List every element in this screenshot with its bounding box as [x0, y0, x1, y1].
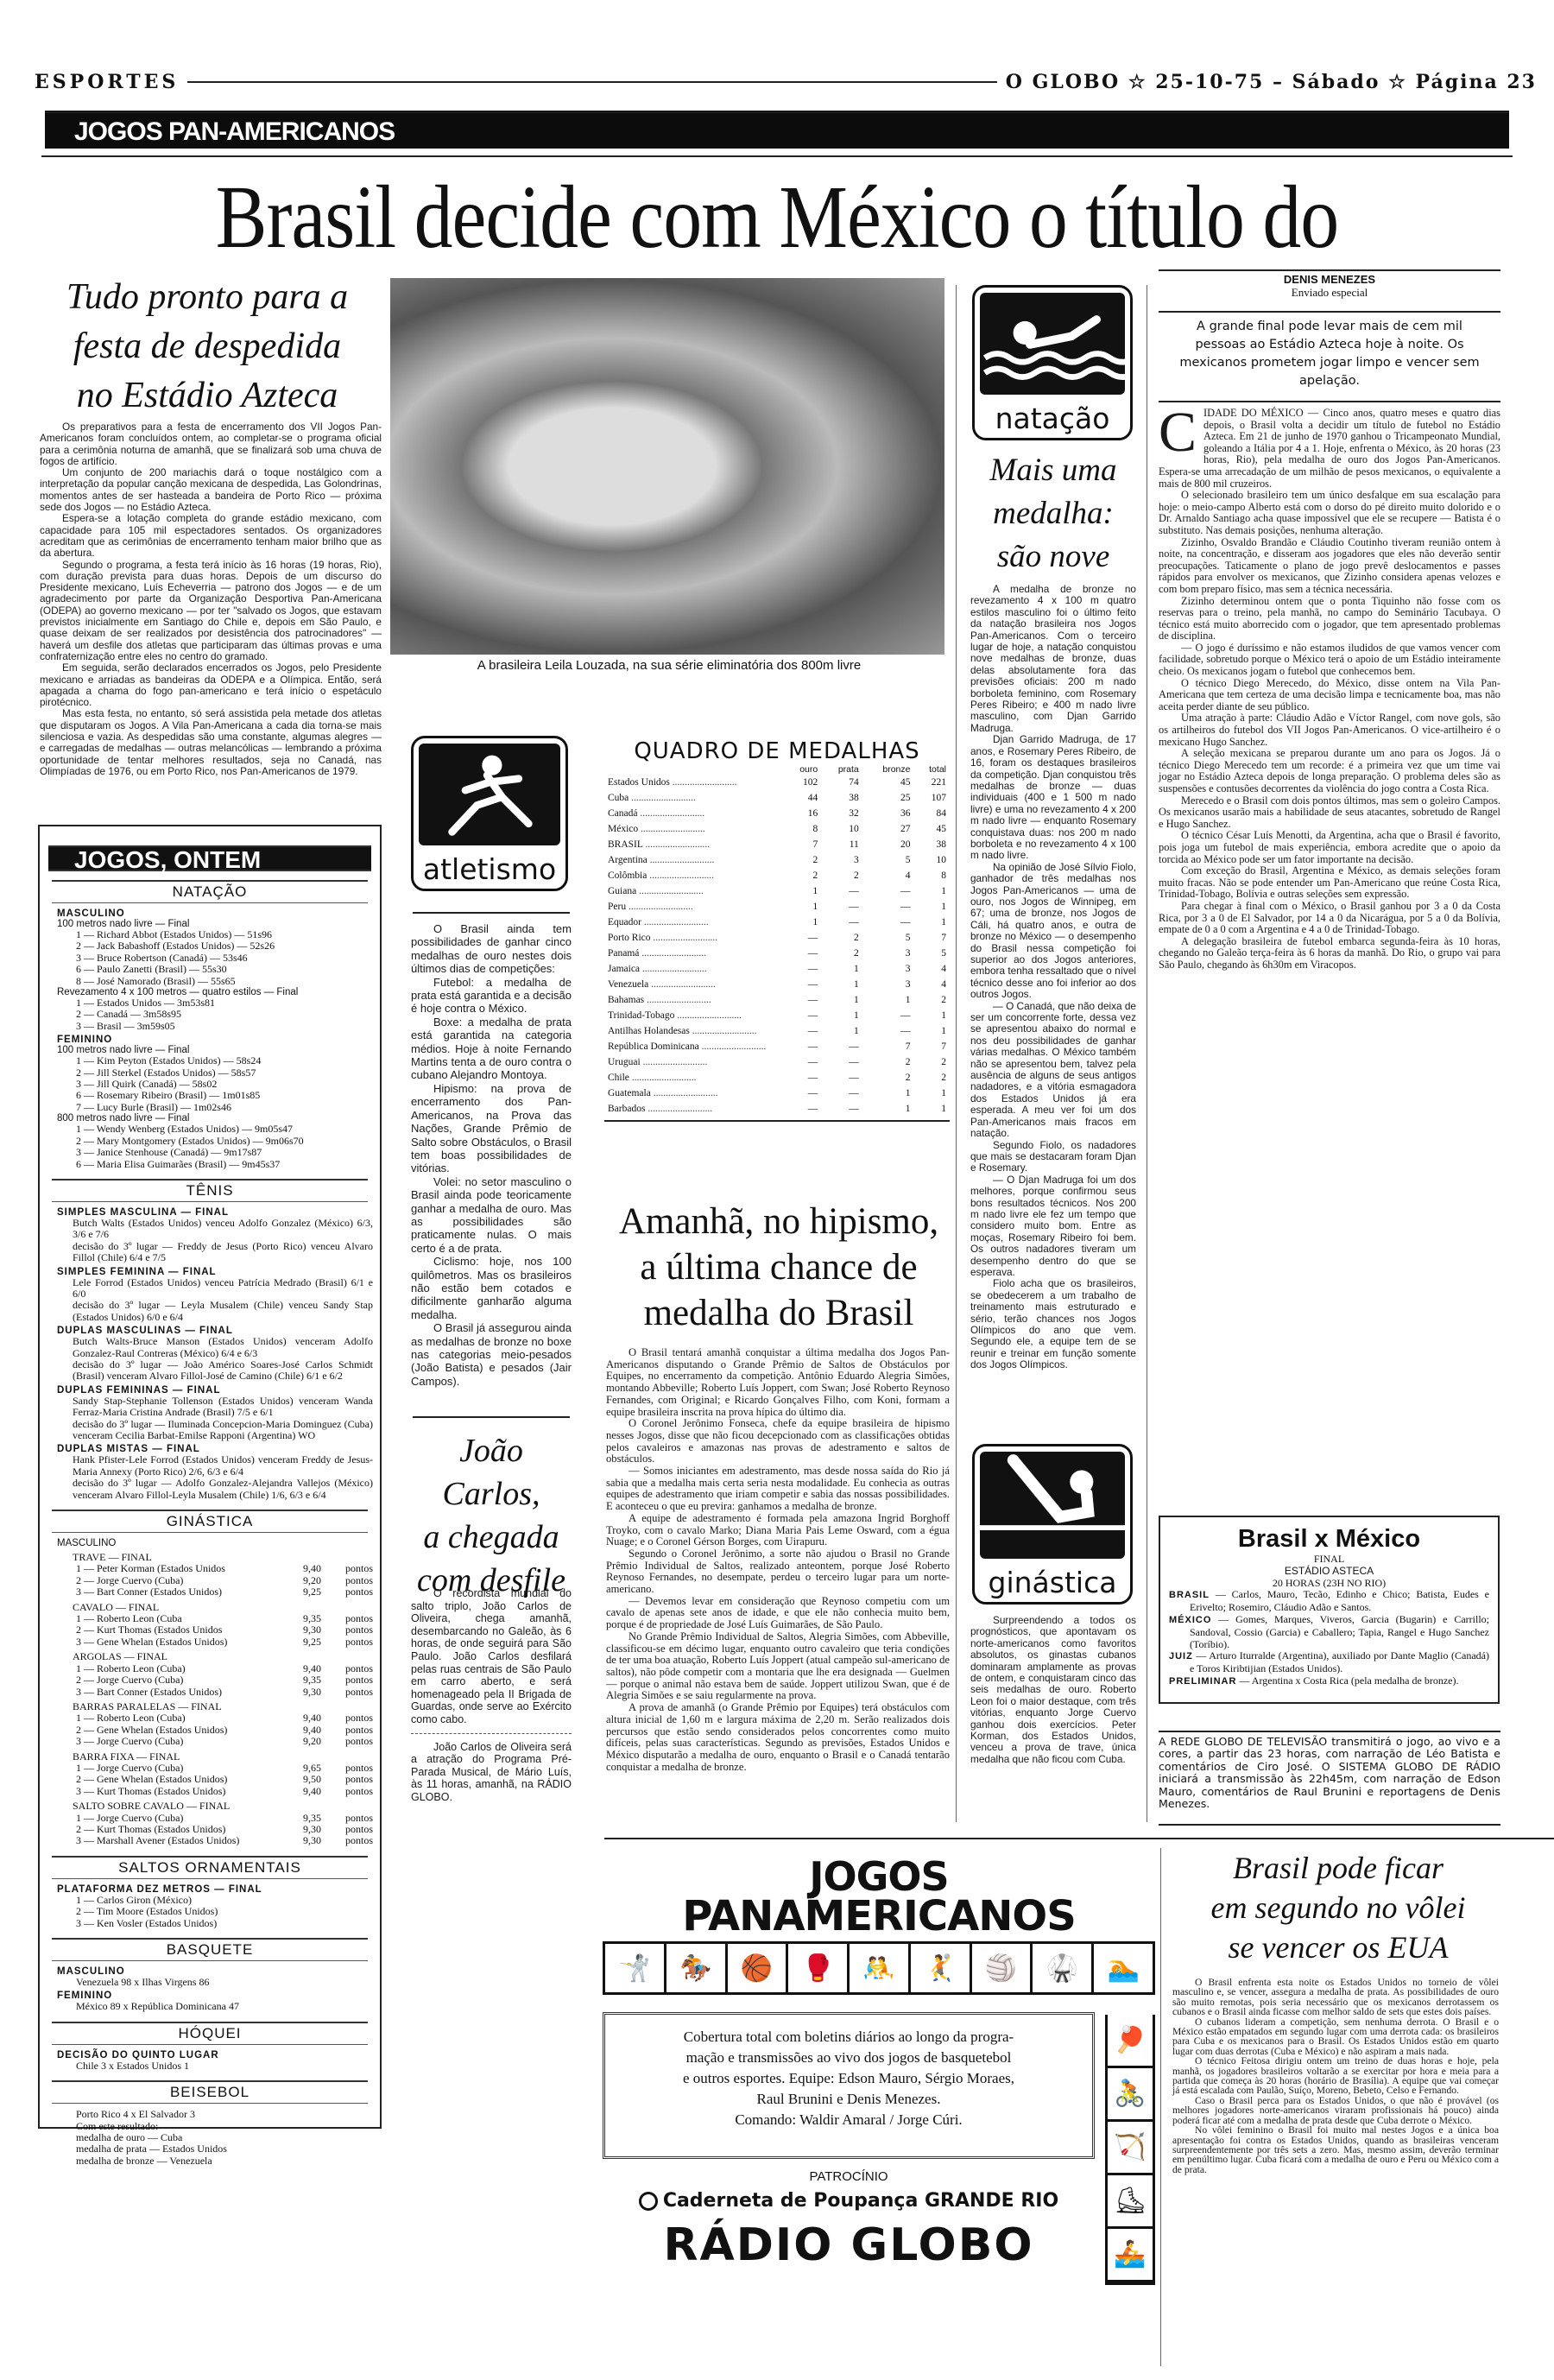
article-paragraph: Segundo o Coronel Jerônimo, a sorte não …: [606, 1548, 950, 1596]
result-row: 2 — Tim Moore (Estados Unidos): [47, 1906, 373, 1917]
section-label: ESPORTES: [35, 71, 179, 93]
medal-row: Peru1——1: [604, 899, 950, 915]
lineup-text: — Arturo Iturralde (Argentina), auxiliad…: [1190, 1649, 1489, 1674]
atletismo-pictogram: atletismo: [411, 736, 568, 891]
result-row: 2 — Jill Sterkel (Estados Unidos) — 58s5…: [47, 1067, 373, 1079]
medal-count: —: [784, 1070, 821, 1086]
article-paragraph: Com exceção do Brasil, Argentina e Méxic…: [1159, 865, 1500, 901]
score: 9,40: [273, 1663, 321, 1674]
score-unit: pontos: [321, 1736, 373, 1747]
result-row: 2 — Mary Montgomery (Estados Unidos) — 9…: [47, 1136, 373, 1147]
category-label: SIMPLES FEMININA — FINAL: [47, 1267, 373, 1277]
medal-count: 11: [821, 837, 862, 852]
volei-headline: Brasil pode ficar em segundo no vôlei se…: [1167, 1848, 1509, 1967]
result-row: Hank Pfister-Lele Forrod (Estados Unidos…: [47, 1454, 373, 1478]
score-unit: pontos: [321, 1774, 373, 1785]
article-paragraph: Fiolo acha que os brasileiros, se obedec…: [970, 1278, 1136, 1370]
ad-body-line: Cobertura total com boletins diários ao …: [614, 2027, 1083, 2048]
result-row: 2 — Canadá — 3m58s95: [47, 1009, 373, 1020]
medal-count: —: [862, 899, 914, 915]
radio-globo-ad: JOGOS PANAMERICANOS 🤺 🏇 🏀 🥊 🤼 🤾 🏐 🥋 🏊 🏓 …: [603, 1857, 1155, 2368]
table-tennis-icon: 🏓: [1108, 2015, 1153, 2068]
ginastica-article: Surpreendendo a todos os prognósticos, q…: [970, 1615, 1136, 1765]
athlete: 3 — Kurt Thomas (Estados Unidos): [76, 1786, 273, 1797]
basketball-icon: 🏀: [728, 1944, 789, 1992]
article-paragraph: — O Canadá, que não deixa de ser um conc…: [970, 1001, 1136, 1140]
medal-count: —: [821, 899, 862, 915]
athlete: 2 — Jorge Cuervo (Cuba): [76, 1575, 273, 1586]
medal-row: Jamaica—134: [604, 961, 950, 977]
medal-row: Antilhas Holandesas—1—1: [604, 1023, 950, 1039]
country-name: Chile: [604, 1070, 784, 1086]
medal-count: 8: [784, 821, 821, 837]
category-label: MASCULINO: [47, 1538, 373, 1548]
score-unit: pontos: [321, 1813, 373, 1824]
medal-count: 102: [784, 775, 821, 790]
country-name: Argentina: [604, 852, 784, 868]
results-banner-label: JOGOS, ONTEM: [48, 846, 261, 873]
lineup-label: BRASIL: [1169, 1590, 1210, 1600]
medal-count: 7: [862, 1039, 914, 1054]
medal-count: 1: [913, 883, 950, 899]
medal-row: México8102745: [604, 821, 950, 837]
sponsor-line: Caderneta de Poupança GRANDE RIO: [603, 2190, 1095, 2212]
result-row: 7 — Lucy Burle (Brasil) — 1m02s46: [47, 1102, 373, 1113]
medal-row: Porto Rico—257: [604, 930, 950, 946]
score: 9,40: [273, 1725, 321, 1736]
category-label: MASCULINO: [47, 908, 373, 919]
medal-row: Estados Unidos1027445221: [604, 775, 950, 790]
cycling-icon: 🚴: [1108, 2068, 1153, 2122]
athlete: 1 — Roberto Leon (Cuba): [76, 1712, 273, 1724]
event-label: TRAVE — FINAL: [47, 1552, 373, 1563]
score-unit: pontos: [321, 1725, 373, 1736]
header-rule: [187, 81, 996, 83]
score: 9,35: [273, 1674, 321, 1686]
medal-count: —: [821, 1054, 862, 1070]
medal-count: 3: [862, 961, 914, 977]
article-paragraph: Uma atração à parte: Cláudio Adão e Víct…: [1159, 712, 1500, 748]
medal-count: 38: [913, 837, 950, 852]
athlete: 1 — Jorge Cuervo (Cuba): [76, 1813, 273, 1824]
result-row: 6 — Maria Elisa Guimarães (Brasil) — 9m4…: [47, 1159, 373, 1170]
ad-body-line: Raul Brunini e Denis Menezes.: [614, 2089, 1083, 2110]
headline-line: são nove: [969, 535, 1138, 579]
preliminary: PRELIMINAR — Argentina x Costa Rica (pel…: [1169, 1675, 1489, 1688]
medal-count: 5: [862, 930, 914, 946]
result-row: 2 — Jorge Cuervo (Cuba)9,35pontos: [47, 1674, 373, 1686]
event-label: BARRA FIXA — FINAL: [47, 1751, 373, 1763]
result-row: 8 — José Namorado (Brasil) — 55s65: [47, 976, 373, 987]
medal-count: 25: [862, 790, 914, 806]
score-unit: pontos: [321, 1663, 373, 1674]
medal-count: 1: [913, 899, 950, 915]
result-row: 3 — Bart Conner (Estados Unidos)9,30pont…: [47, 1687, 373, 1698]
result-row: 2 — Gene Whelan (Estados Unidos)9,40pont…: [47, 1725, 373, 1736]
event-label: ARGOLAS — FINAL: [47, 1651, 373, 1662]
natacao-article: A medalha de bronze no revezamento 4 x 1…: [970, 584, 1136, 1371]
result-row: 3 — Ken Vosler (Estados Unidos): [47, 1918, 373, 1929]
festa-title-line: Tudo pronto para a: [35, 273, 380, 322]
country-name: Estados Unidos: [604, 775, 784, 790]
column-rule: [1160, 1848, 1161, 2366]
result-row: 2 — Kurt Thomas (Estados Unidos)9,30pont…: [47, 1824, 373, 1835]
banner-label: JOGOS PAN-AMERICANOS: [45, 117, 395, 146]
score-unit: pontos: [321, 1586, 373, 1598]
medal-count: 27: [862, 821, 914, 837]
country-name: Venezuela: [604, 977, 784, 992]
lineup-label: JUIZ: [1169, 1651, 1193, 1662]
medal-count: 1: [821, 961, 862, 977]
medal-count: —: [784, 1086, 821, 1101]
event-label: SALTO SOBRE CAVALO — FINAL: [47, 1801, 373, 1812]
article-paragraph: Espera-se a lotação completa do grande e…: [40, 513, 382, 559]
medal-count: 3: [821, 852, 862, 868]
volei-article: O Brasil enfrenta esta noite os Estados …: [1172, 1978, 1499, 2174]
category-label: DUPLAS FEMININAS — FINAL: [47, 1385, 373, 1396]
lineup-label: MÉXICO: [1169, 1615, 1211, 1625]
medal-count: 16: [784, 806, 821, 821]
runner-icon: [419, 744, 560, 845]
medal-count: 2: [913, 1070, 950, 1086]
author-role: Enviado especial: [1159, 286, 1500, 300]
medal-row: Colômbia2248: [604, 868, 950, 883]
ginastica-pictogram: ginástica: [972, 1444, 1133, 1605]
sport-heading: SALTOS ORNAMENTAIS: [52, 1856, 368, 1879]
medal-count: 1: [821, 1023, 862, 1039]
score-unit: pontos: [321, 1786, 373, 1797]
article-paragraph: O Brasil tentará amanhã conquistar a últ…: [606, 1347, 950, 1418]
medal-count: 5: [913, 946, 950, 961]
medal-count: 1: [784, 899, 821, 915]
medal-count: 36: [862, 806, 914, 821]
score-unit: pontos: [321, 1636, 373, 1648]
athlete: 3 — Jorge Cuervo (Cuba): [76, 1736, 273, 1747]
article-paragraph: — Somos iniciantes em adestramento, mas …: [606, 1465, 950, 1513]
festa-article: Os preparativos para a festa de encerram…: [40, 421, 382, 777]
divider: [604, 1120, 950, 1122]
futebol-article: C IDADE DO MÉXICO — Cinco anos, quatro m…: [1159, 408, 1500, 972]
score-unit: pontos: [321, 1624, 373, 1636]
lineup-label: PRELIMINAR: [1169, 1676, 1236, 1687]
country-name: México: [604, 821, 784, 837]
natacao-pictogram: natação: [972, 285, 1133, 440]
divider: [1159, 401, 1500, 402]
ad-body-line: e outros esportes. Equipe: Edson Mauro, …: [614, 2068, 1083, 2089]
country-name: Bahamas: [604, 992, 784, 1008]
category-label: PLATAFORMA DEZ METROS — FINAL: [47, 1884, 373, 1895]
medal-count: 10: [821, 821, 862, 837]
country-name: Trinidad-Tobago: [604, 1008, 784, 1023]
result-row: decisão do 3º lugar — Iluminada Concepci…: [47, 1419, 373, 1442]
medal-row: República Dominicana——77: [604, 1039, 950, 1054]
event-label: BARRAS PARALELAS — FINAL: [47, 1701, 373, 1712]
results-box: JOGOS, ONTEM NATAÇÃO MASCULINO 100 metro…: [38, 825, 382, 2129]
medal-row: Uruguai——22: [604, 1054, 950, 1070]
medal-row: Cuba443825107: [604, 790, 950, 806]
athlete: 1 — Roberto Leon (Cuba): [76, 1663, 273, 1674]
athlete: 3 — Bart Conner (Estados Unidos): [76, 1687, 273, 1698]
article-paragraph: IDADE DO MÉXICO — Cinco anos, quatro mes…: [1159, 408, 1500, 490]
score: 9,40: [273, 1786, 321, 1797]
result-row: México 89 x República Dominicana 47: [47, 2001, 373, 2012]
result-row: 3 — Jorge Cuervo (Cuba)9,20pontos: [47, 1736, 373, 1747]
medal-count: 20: [862, 837, 914, 852]
result-row: 1 — Richard Abbot (Estados Unidos) — 51s…: [47, 929, 373, 940]
medal-count: 38: [821, 790, 862, 806]
column-header: bronze: [862, 764, 914, 775]
score-unit: pontos: [321, 1575, 373, 1586]
medal-row: Guiana1——1: [604, 883, 950, 899]
article-paragraph: Caso o Brasil perca para os Estados Unid…: [1172, 2096, 1499, 2125]
medal-count: 3: [862, 946, 914, 961]
joao-carlos-article: O recordista mundial do salto triplo, Jo…: [411, 1587, 572, 1804]
headline-line: a chegada: [411, 1516, 572, 1559]
result-row: 3 — Bruce Robertson (Canadá) — 53s46: [47, 953, 373, 964]
article-paragraph: O Coronel Jerônimo Fonseca, chefe da equ…: [606, 1418, 950, 1465]
article-paragraph: Na opinião de José Sílvio Fiolo, ganhado…: [970, 862, 1136, 1001]
headline-line: Mais uma: [969, 449, 1138, 492]
headline-line: João Carlos,: [411, 1429, 572, 1516]
country-name: República Dominicana: [604, 1039, 784, 1054]
medal-count: —: [821, 883, 862, 899]
medal-count: —: [862, 915, 914, 930]
result-row: decisão do 3º lugar — João Américo Soare…: [47, 1359, 373, 1383]
country-header: [604, 764, 784, 775]
medal-count: —: [821, 1070, 862, 1086]
article-paragraph: A prova de amanhã (o Grande Prêmio por E…: [606, 1702, 950, 1773]
column-header: prata: [821, 764, 862, 775]
medal-count: 44: [784, 790, 821, 806]
medal-count: —: [784, 961, 821, 977]
score: 9,35: [273, 1613, 321, 1624]
pictogram-column: 🏓 🚴 🏹 ⛸ 🚣: [1105, 2015, 1155, 2285]
column-header: ouro: [784, 764, 821, 775]
result-row: 1 — Kim Peyton (Estados Unidos) — 58s24: [47, 1055, 373, 1067]
country-name: Uruguai: [604, 1054, 784, 1070]
athlete: 3 — Gene Whelan (Estados Unidos): [76, 1636, 273, 1648]
athlete: 1 — Peter Korman (Estados Unidos: [76, 1563, 273, 1574]
article-paragraph: Futebol: a medalha de prata está garanti…: [411, 976, 572, 1016]
medal-count: 2: [821, 930, 862, 946]
sport-heading: HÓQUEI: [52, 2022, 368, 2045]
article-paragraph: A delegação brasileira de futebol embarc…: [1159, 936, 1500, 972]
column-rule: [1147, 285, 1147, 1822]
medal-count: 3: [862, 977, 914, 992]
article-paragraph: No vôlei feminino o Brasil foi muito mal…: [1172, 2125, 1499, 2174]
medal-row: Chile——22: [604, 1070, 950, 1086]
divider: [1159, 311, 1500, 313]
ad-title: JOGOS: [603, 1857, 1155, 1896]
divider: [413, 912, 570, 914]
score: 9,30: [273, 1624, 321, 1636]
result-row: 1 — Jorge Cuervo (Cuba)9,65pontos: [47, 1763, 373, 1774]
medal-row: Venezuela—134: [604, 977, 950, 992]
medal-count: 74: [821, 775, 862, 790]
results-banner: JOGOS, ONTEM: [48, 845, 371, 871]
divider: [411, 1733, 572, 1734]
medal-count: —: [784, 977, 821, 992]
medal-count: 1: [784, 915, 821, 930]
medal-row: BRASIL7112038: [604, 837, 950, 852]
archery-icon: 🏹: [1108, 2122, 1153, 2175]
result-row: 2 — Jorge Cuervo (Cuba)9,20pontos: [47, 1575, 373, 1586]
natacao-headline: Mais uma medalha: são nove: [969, 449, 1138, 579]
result-row: 3 — Brasil — 3m59s05: [47, 1021, 373, 1032]
article-paragraph: O técnico César Luís Menotti, da Argenti…: [1159, 830, 1500, 865]
score: 9,30: [273, 1835, 321, 1846]
article-paragraph: Zizinho determinou ontem que o ponta Tiq…: [1159, 596, 1500, 642]
fencing-icon: 🤺: [605, 1944, 666, 1992]
athlete: 3 — Bart Conner (Estados Unidos): [76, 1586, 273, 1598]
medal-count: 2: [862, 1054, 914, 1070]
divider: [1159, 1824, 1500, 1826]
score: 9,20: [273, 1575, 321, 1586]
ad-title: PANAMERICANOS: [603, 1896, 1155, 1936]
swimmer-photo: [390, 278, 944, 655]
country-name: Barbados: [604, 1101, 784, 1117]
article-paragraph: Segundo o programa, a festa terá início …: [40, 560, 382, 663]
match-stage: FINAL: [1169, 1554, 1489, 1566]
result-row: medalha de ouro — Cuba: [47, 2132, 373, 2143]
sport-heading: BASQUETE: [52, 1938, 368, 1961]
article-paragraph: O selecionado brasileiro tem um único de…: [1159, 490, 1500, 536]
medal-count: —: [784, 1101, 821, 1117]
score-unit: pontos: [321, 1712, 373, 1724]
medal-count: —: [862, 883, 914, 899]
medal-count: —: [784, 992, 821, 1008]
medal-row: Panamá—235: [604, 946, 950, 961]
boxing-icon: 🥊: [788, 1944, 850, 1992]
tv-note: A REDE GLOBO DE TELEVISÃO transmitirá o …: [1159, 1736, 1500, 1810]
equestrian-icon: 🏇: [666, 1944, 728, 1992]
score: 9,35: [273, 1813, 321, 1824]
medal-count: 2: [913, 1054, 950, 1070]
result-row: Butch Walts (Estados Unidos) venceu Adol…: [47, 1218, 373, 1241]
sport-heading: NATAÇÃO: [52, 880, 368, 903]
byline: DENIS MENEZES Enviado especial: [1159, 273, 1500, 300]
country-name: Colômbia: [604, 868, 784, 883]
result-row: 1 — Carlos Giron (México): [47, 1895, 373, 1906]
divider: [1159, 269, 1500, 271]
result-row: Sandy Stap-Stephanie Tollenson (Estados …: [47, 1396, 373, 1419]
score: 9,30: [273, 1687, 321, 1698]
score: 9,40: [273, 1712, 321, 1724]
athlete: 1 — Roberto Leon (Cuba: [76, 1613, 273, 1624]
result-row: 1 — Jorge Cuervo (Cuba)9,35pontos: [47, 1813, 373, 1824]
medal-table-section: QUADRO DE MEDALHAS ouro prata bronze tot…: [604, 738, 950, 1122]
section-banner: JOGOS PAN-AMERICANOS: [45, 111, 1509, 149]
divider: [41, 155, 1513, 157]
score: 9,50: [273, 1774, 321, 1785]
result-row: 3 — Jill Quirk (Canadá) — 58s02: [47, 1079, 373, 1090]
score: 9,65: [273, 1763, 321, 1774]
result-row: 3 — Gene Whelan (Estados Unidos)9,25pont…: [47, 1636, 373, 1648]
result-row: medalha de bronze — Venezuela: [47, 2155, 373, 2167]
result-row: decisão do 3º lugar — Freddy de Jesus (P…: [47, 1241, 373, 1264]
icon-label: natação: [975, 400, 1130, 438]
country-name: Guiana: [604, 883, 784, 899]
article-paragraph: O recordista mundial do salto triplo, Jo…: [411, 1587, 572, 1726]
medal-count: 2: [913, 992, 950, 1008]
result-row: decisão do 3º lugar — Leyla Musalem (Chi…: [47, 1300, 373, 1323]
medal-count: 107: [913, 790, 950, 806]
country-name: Antilhas Holandesas: [604, 1023, 784, 1039]
medal-count: 10: [913, 852, 950, 868]
result-row: 6 — Rosemary Ribeiro (Brasil) — 1m01s85: [47, 1090, 373, 1101]
category-label: FEMININO: [47, 1035, 373, 1045]
medal-count: 221: [913, 775, 950, 790]
medal-row: Canadá16323684: [604, 806, 950, 821]
event-label: CAVALO — FINAL: [47, 1602, 373, 1613]
atletismo-article: O Brasil ainda tem possibilidades de gan…: [411, 922, 572, 1388]
column-rule: [956, 285, 957, 1822]
article-paragraph: A equipe de adestramento é formada pela …: [606, 1513, 950, 1548]
result-row: decisão do 3º lugar — Adolfo Gonzalez-Al…: [47, 1478, 373, 1501]
medal-count: 1: [913, 1023, 950, 1039]
skating-icon: ⛸: [1108, 2175, 1153, 2229]
masthead-date-page: O GLOBO ☆ 25-10-75 – Sábado ☆ Página 23: [1006, 71, 1537, 93]
match-title: Brasil x México: [1169, 1524, 1489, 1554]
result-row: 2 — Gene Whelan (Estados Unidos)9,50pont…: [47, 1774, 373, 1785]
country-name: Panamá: [604, 946, 784, 961]
medal-count: 7: [913, 930, 950, 946]
author-name: DENIS MENEZES: [1159, 273, 1500, 286]
medal-count: 4: [913, 977, 950, 992]
article-paragraph: Djan Garrido Madruga, de 17 anos, e Rose…: [970, 734, 1136, 861]
result-row: Venezuela 98 x Ilhas Virgens 86: [47, 1977, 373, 1988]
volleyball-icon: 🏐: [972, 1944, 1033, 1992]
medal-count: 1: [913, 1101, 950, 1117]
medal-count: —: [821, 1086, 862, 1101]
medal-count: —: [821, 915, 862, 930]
festa-headline: Tudo pronto para a festa de despedida no…: [35, 273, 380, 421]
result-row: 2 — Jack Babashoff (Estados Unidos) — 52…: [47, 940, 373, 952]
result-row: 1 — Wendy Wenberg (Estados Unidos) — 9m0…: [47, 1124, 373, 1135]
sport-heading: GINÁSTICA: [52, 1510, 368, 1533]
medal-count: 45: [862, 775, 914, 790]
article-paragraph: Mas esta festa, no entanto, só será assi…: [40, 708, 382, 777]
article-paragraph: — O jogo é duríssimo e não estamos iludi…: [1159, 642, 1500, 678]
score-unit: pontos: [321, 1763, 373, 1774]
medal-row: Equador1——1: [604, 915, 950, 930]
athlete: 2 — Gene Whelan (Estados Unidos): [76, 1774, 273, 1785]
water-polo-icon: 🏊: [1094, 1944, 1153, 1992]
medal-count: 1: [784, 883, 821, 899]
medal-row: Argentina23510: [604, 852, 950, 868]
athlete: 2 — Kurt Thomas (Estados Unidos: [76, 1624, 273, 1636]
match-info-box: Brasil x México FINAL ESTÁDIO ASTECA 20 …: [1159, 1516, 1500, 1704]
country-name: Cuba: [604, 790, 784, 806]
article-paragraph: João Carlos de Oliveira será a atração d…: [411, 1741, 572, 1804]
athlete: 3 — Marshall Avener (Estados Unidos): [76, 1835, 273, 1846]
headline-line: se vencer os EUA: [1167, 1927, 1509, 1967]
wrestling-icon: 🤼: [850, 1944, 911, 1992]
referee: JUIZ — Arturo Iturralde (Argentina), aux…: [1169, 1650, 1489, 1675]
headline-line: medalha:: [969, 492, 1138, 535]
result-row: Lele Forrod (Estados Unidos) venceu Patr…: [47, 1277, 373, 1301]
festa-title-line: festa de despedida: [35, 322, 380, 371]
medal-count: 32: [821, 806, 862, 821]
photo-caption: A brasileira Leila Louzada, na sua série…: [388, 658, 950, 673]
page-header: ESPORTES O GLOBO ☆ 25-10-75 – Sábado ☆ P…: [35, 67, 1537, 97]
medal-count: 1: [913, 915, 950, 930]
drop-cap: C: [1159, 408, 1203, 458]
medal-count: 1: [862, 992, 914, 1008]
medal-count: —: [862, 1023, 914, 1039]
result-row: Porto Rico 4 x El Salvador 3: [47, 2109, 373, 2120]
result-row: 3 — Bart Conner (Estados Unidos)9,25pont…: [47, 1586, 373, 1598]
